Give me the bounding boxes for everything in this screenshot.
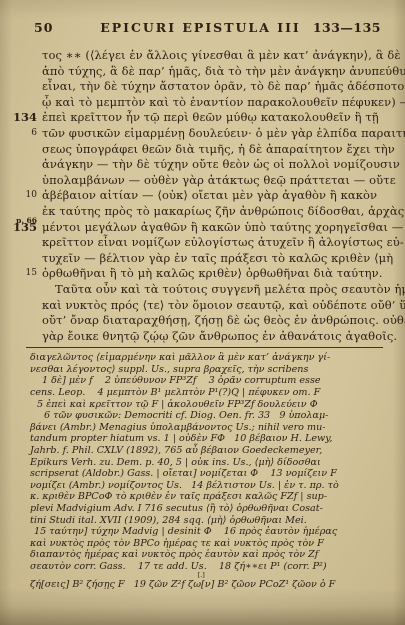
text-line: σεως ὑπογράφει θεῶν διὰ τιμῆς, ἡ δὲ ἀπαρ… [0,142,405,158]
apparatus-line: 6 τῶν φυσικῶν: Democriti cf. Diog. Oen. … [30,410,405,422]
apparatus-line: κ. κριθὲν BPCoΦ τὸ κριθὲν ἐν ταῖς πράξεσ… [30,491,405,503]
text-line: ἐκ ταύτης πρὸς τὸ μακαρίως ζῆν ἀνθρώποις… [0,204,405,220]
apparatus-line: 1 δὲ] μὲν f 2 ὑπεύθυνον FP³Zf 3 ὁρᾶν cor… [30,375,405,387]
critical-apparatus: διαγελῶντος ⟨εἱμαρμένην καὶ μᾶλλον ἃ μὲν… [0,352,405,590]
greek-line-text: κρεῖττον εἶναι νομίζων εὐλογίστως ἀτυχεῖ… [42,235,404,251]
apparatus-line: scripserat (Aldobr.) Gass. | οἴεται] νομ… [30,468,405,480]
editorial-mark: [.] [198,572,205,579]
apparatus-line: διαπαντὸς ἡμέρας καὶ νυκτὸς πρὸς ἑαυτὸν … [30,549,405,561]
apparatus-line: 5 ἐπεὶ καὶ κρεῖττον τῷ F | ἀκολουθεῖν FP… [30,399,405,411]
greek-line-text: ἀνάγκην — τὴν δὲ τύχην οὔτε θεὸν ὡς οἱ π… [42,157,400,173]
greek-line-text: ᾧ καὶ τὸ μεμπτὸν καὶ τὸ ἐναντίον παρακολ… [42,95,405,111]
apparatus-line: καὶ νυκτὸς πρὸς τὸν BPCo ἡμέρας τε καὶ ν… [30,538,405,550]
text-line: γὰρ ἔοικε θνητῷ ζῴῳ ζῶν ἄνθρωπος ἐν ἀθαν… [0,329,405,345]
line-number [0,329,42,345]
greek-line-text: ὑπολαμβάνων — οὐθὲν γὰρ ἀτάκτως θεῷ πράτ… [42,173,396,189]
apparatus-line: tini Studi ital. XVII (1909), 284 sqq. ⟨… [30,515,405,527]
line-number [0,79,42,95]
apparatus-line: νομίζει (Ambr.) νομίζοντος Us. 14 βέλτισ… [30,480,405,492]
greek-line-text: εἶναι, τὴν δὲ τύχην ἄστατον ὁρᾶν, τὸ δὲ … [42,79,405,95]
line-number [0,95,42,111]
page-number: 50 [34,20,94,35]
apparatus-line: 15 ταύτην] τύχην Madvig | desinit Φ 16 π… [30,526,405,538]
apparatus-line: cens. Leop. 4 μεμπτὸν B¹ μελπτὸν P¹(?)Q … [30,387,405,399]
text-line: Ταῦτα οὖν καὶ τὰ τούτοις συγγενῆ μελέτα … [0,282,405,298]
line-number [0,235,42,251]
apparatus-divider [26,347,383,348]
text-line: 134ἐπεὶ κρεῖττον ἦν τῷ περὶ θεῶν μύθῳ κα… [0,110,405,126]
apparatus-text: B² ζῶον PCoZ¹ ζῶον ὁ F [214,579,335,590]
line-number [0,64,42,80]
page-reference: p. 66 [16,213,37,229]
line-number [0,313,42,329]
text-line: εἶναι, τὴν δὲ τύχην ἄστατον ὁρᾶν, τὸ δὲ … [0,79,405,95]
line-number [0,251,42,267]
greek-line-text: ἀπὸ τύχης, ἃ δὲ παρ’ ἡμᾶς, διὰ τὸ τὴν μὲ… [42,64,405,80]
text-line: οὔτ’ ὄναρ διαταραχθήσῃ, ζήσῃ δὲ ὡς θεὸς … [0,313,405,329]
text-line: ᾧ καὶ τὸ μεμπτὸν καὶ τὸ ἐναντίον παρακολ… [0,95,405,111]
greek-line-text: ὀρθωθῆναι ἢ τὸ μὴ καλῶς κριθὲν⟩ ὀρθωθῆνα… [42,266,383,282]
apparatus-line: βάνει (Ambr.) Menagius ὑπολαμβάνοντος Us… [30,422,405,434]
line-number: 6 [0,126,42,142]
line-number [0,48,42,64]
apparatus-line: Jahrb. f. Phil. CXLV (1892), 765 αὖ βέβα… [30,445,405,457]
greek-line-text: Ταῦτα οὖν καὶ τὰ τούτοις συγγενῆ μελέτα … [42,282,405,298]
text-line: τυχεῖν — βέλτιον γὰρ ἐν ταῖς πράξεσι τὸ … [0,251,405,267]
text-line: καὶ νυκτὸς πρός ⟨τε⟩ τὸν ὅμοιον σεαυτῷ, … [0,298,405,314]
greek-text: τος ∗∗ (⟨λέγει ἐν ἄλλοις γίνεσθαι ἃ μὲν … [0,48,405,344]
greek-line-text: τυχεῖν — βέλτιον γὰρ ἐν ταῖς πράξεσι τὸ … [42,251,393,267]
line-number: 134 [0,110,42,126]
greek-line-text: σεως ὑπογράφει θεῶν διὰ τιμῆς, ἡ δὲ ἀπαρ… [42,142,395,158]
book-page: 50 EPICURI EPISTULA III 133—135 τος ∗∗ (… [0,0,405,625]
overmarked-word: [.]ζω[ν] [188,579,214,591]
page-title: EPICURI EPISTULA III [94,20,307,35]
line-number [0,298,42,314]
text-line: 10ἀβέβαιον αἰτίαν — ⟨οὐκ⟩ οἴεται μὲν γὰρ… [0,188,405,204]
greek-line-text: τος ∗∗ (⟨λέγει ἐν ἄλλοις γίνεσθαι ἃ μὲν … [42,48,401,64]
text-line: ἀπὸ τύχης, ἃ δὲ παρ’ ἡμᾶς, διὰ τὸ τὴν μὲ… [0,64,405,80]
line-number [0,142,42,158]
greek-line-text: ἀβέβαιον αἰτίαν — ⟨οὐκ⟩ οἴεται μὲν γὰρ ἀ… [42,188,377,204]
section-range: 133—135 [307,20,381,35]
apparatus-line: ζή[σεις] B² ζήσῃς F 19 ζῶν Z²f [.]ζω[ν] … [30,579,405,591]
line-number: p. 66135 [0,220,42,236]
text-line: p. 66135μέντοι μεγάλων ἀγαθῶν ἢ κακῶν ὑπ… [0,220,405,236]
apparatus-text: ζή[σεις] B² ζήσῃς F 19 ζῶν Z²f [30,579,188,590]
apparatus-line: plevi Madvigium Adv. I 716 secutus ⟨ἢ τὸ… [30,503,405,515]
text-line: ὑπολαμβάνων — οὐθὲν γὰρ ἀτάκτως θεῷ πράτ… [0,173,405,189]
apparatus-line: Epikurs Verh. zu. Dem. p. 40, 5 | οὐκ in… [30,457,405,469]
greek-line-text: μέντοι μεγάλων ἀγαθῶν ἢ κακῶν ὑπὸ ταύτης… [42,220,403,236]
text-line: 15ὀρθωθῆναι ἢ τὸ μὴ καλῶς κριθὲν⟩ ὀρθωθῆ… [0,266,405,282]
text-line: κρεῖττον εἶναι νομίζων εὐλογίστως ἀτυχεῖ… [0,235,405,251]
line-number: 15 [0,266,42,282]
line-number [0,173,42,189]
running-head: 50 EPICURI EPISTULA III 133—135 [0,0,405,35]
apparatus-line: νεσθαι λέγοντος⟩ suppl. Us., supra βραχε… [30,364,405,376]
apparatus-line: διαγελῶντος ⟨εἱμαρμένην καὶ μᾶλλον ἃ μὲν… [30,352,405,364]
greek-line-text: γὰρ ἔοικε θνητῷ ζῴῳ ζῶν ἄνθρωπος ἐν ἀθαν… [42,329,397,345]
greek-line-text: καὶ νυκτὸς πρός ⟨τε⟩ τὸν ὅμοιον σεαυτῷ, … [42,298,405,314]
text-line: 6τῶν φυσικῶν εἱμαρμένῃ δουλεύειν· ὁ μὲν … [0,126,405,142]
apparatus-line: σεαυτὸν corr. Gass. 17 τε add. Us. 18 ζή… [30,561,405,573]
greek-line-text: τῶν φυσικῶν εἱμαρμένῃ δουλεύειν· ὁ μὲν γ… [42,126,405,142]
line-number [0,157,42,173]
greek-line-text: ἐπεὶ κρεῖττον ἦν τῷ περὶ θεῶν μύθῳ κατακ… [42,110,379,126]
text-line: ἀνάγκην — τὴν δὲ τύχην οὔτε θεὸν ὡς οἱ π… [0,157,405,173]
line-number: 10 [0,188,42,204]
greek-line-text: οὔτ’ ὄναρ διαταραχθήσῃ, ζήσῃ δὲ ὡς θεὸς … [42,313,405,329]
text-line: τος ∗∗ (⟨λέγει ἐν ἄλλοις γίνεσθαι ἃ μὲν … [0,48,405,64]
greek-line-text: ἐκ ταύτης πρὸς τὸ μακαρίως ζῆν ἀνθρώποις… [42,204,404,220]
apparatus-line: tandum propter hiatum vs. 1 | οὐδὲν FΦ 1… [30,433,405,445]
line-number [0,282,42,298]
